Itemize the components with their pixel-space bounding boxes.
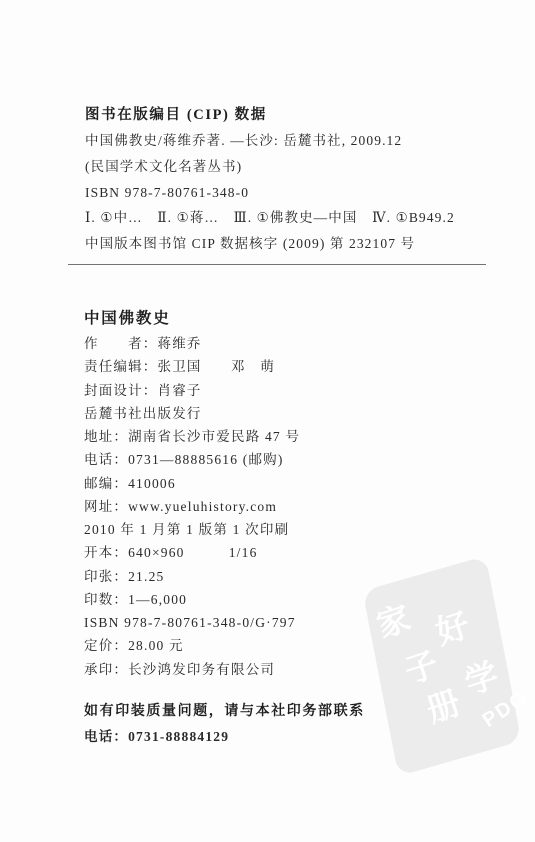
quality-notice-text: 如有印装质量问题，请与本社印务部联系 [84, 699, 504, 724]
cip-heading: 图书在版编目 (CIP) 数据 [85, 102, 505, 128]
colophon-line-postcode: 邮编：410006 [84, 472, 504, 495]
colophon-line-edition: 2010 年 1 月第 1 版第 1 次印刷 [84, 518, 504, 541]
colophon-line-cover-design: 封面设计：肖睿子 [84, 379, 504, 402]
colophon-line-address: 地址：湖南省长沙市爱民路 47 号 [84, 425, 504, 448]
colophon-line-print-run: 印数：1—6,000 [84, 588, 504, 611]
colophon-line-isbn: ISBN 978-7-80761-348-0/G·797 [84, 611, 504, 634]
colophon-line-price: 定价：28.00 元 [84, 634, 504, 657]
cip-line-isbn: ISBN 978-7-80761-348-0 [85, 180, 505, 206]
colophon-line-author: 作 者：蒋维乔 [84, 332, 504, 355]
colophon: 中国佛教史 作 者：蒋维乔 责任编辑：张卫国 邓 萌 封面设计：肖睿子 岳麓书社… [84, 306, 504, 681]
colophon-line-format: 开本：640×960 1/16 [84, 541, 504, 564]
cip-line-series: (民国学术文化名著丛书) [85, 154, 505, 180]
cip-record: 图书在版编目 (CIP) 数据 中国佛教史/蒋维乔著. —长沙: 岳麓书社, 2… [85, 102, 505, 257]
cip-line-classification: Ⅰ. ①中… Ⅱ. ①蒋… Ⅲ. ①佛教史—中国 Ⅳ. ①B949.2 [85, 205, 505, 231]
colophon-line-publisher: 岳麓书社出版发行 [84, 402, 504, 425]
quality-notice: 如有印装质量问题，请与本社印务部联系 电话：0731-88884129 [84, 699, 504, 749]
colophon-line-phone: 电话：0731—88885616 (邮购) [84, 448, 504, 471]
colophon-line-sheets: 印张：21.25 [84, 565, 504, 588]
cip-line-title-author: 中国佛教史/蒋维乔著. —长沙: 岳麓书社, 2009.12 [85, 128, 505, 154]
cip-line-record-number: 中国版本图书馆 CIP 数据核字 (2009) 第 232107 号 [85, 231, 505, 257]
book-title: 中国佛教史 [84, 306, 504, 332]
divider [68, 264, 486, 265]
colophon-line-editor: 责任编辑：张卫国 邓 萌 [84, 355, 504, 378]
book-copyright-page: 家 好 子 学 册 PDG 图书在版编目 (CIP) 数据 中国佛教史/蒋维乔著… [0, 0, 535, 842]
colophon-line-printer: 承印：长沙鸿发印务有限公司 [84, 658, 504, 681]
quality-notice-phone: 电话：0731-88884129 [84, 724, 504, 749]
colophon-line-website: 网址：www.yueluhistory.com [84, 495, 504, 518]
